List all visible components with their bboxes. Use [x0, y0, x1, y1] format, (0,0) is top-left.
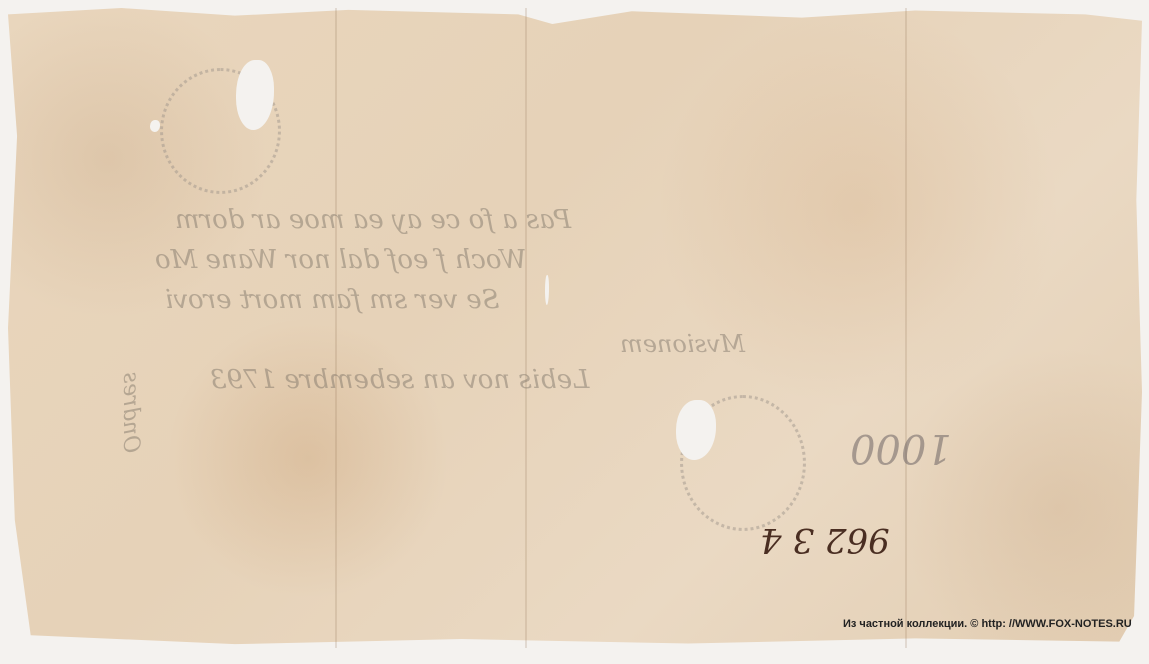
- fold-line: [905, 8, 907, 648]
- ink-number: 962 3 4: [760, 520, 890, 560]
- fold-line: [335, 8, 337, 648]
- mirrored-text: Lebis nov an sebembre 1793: [210, 365, 589, 395]
- mirrored-text: Woch f eof dal nor Wane Mo: [155, 245, 526, 275]
- fold-line: [525, 8, 527, 648]
- mirrored-text: Ondres: [118, 372, 143, 453]
- mirrored-text: Pas a fo ce ay ea moe ar dorm: [175, 205, 571, 235]
- collection-caption: Из частной коллекции. © http: //WWW.FOX-…: [843, 618, 1132, 630]
- mirrored-text: Mvsionem: [620, 330, 745, 358]
- pencil-number: 1000: [850, 425, 952, 471]
- mirrored-text: Se ver sm fam mort erovi: [165, 285, 499, 315]
